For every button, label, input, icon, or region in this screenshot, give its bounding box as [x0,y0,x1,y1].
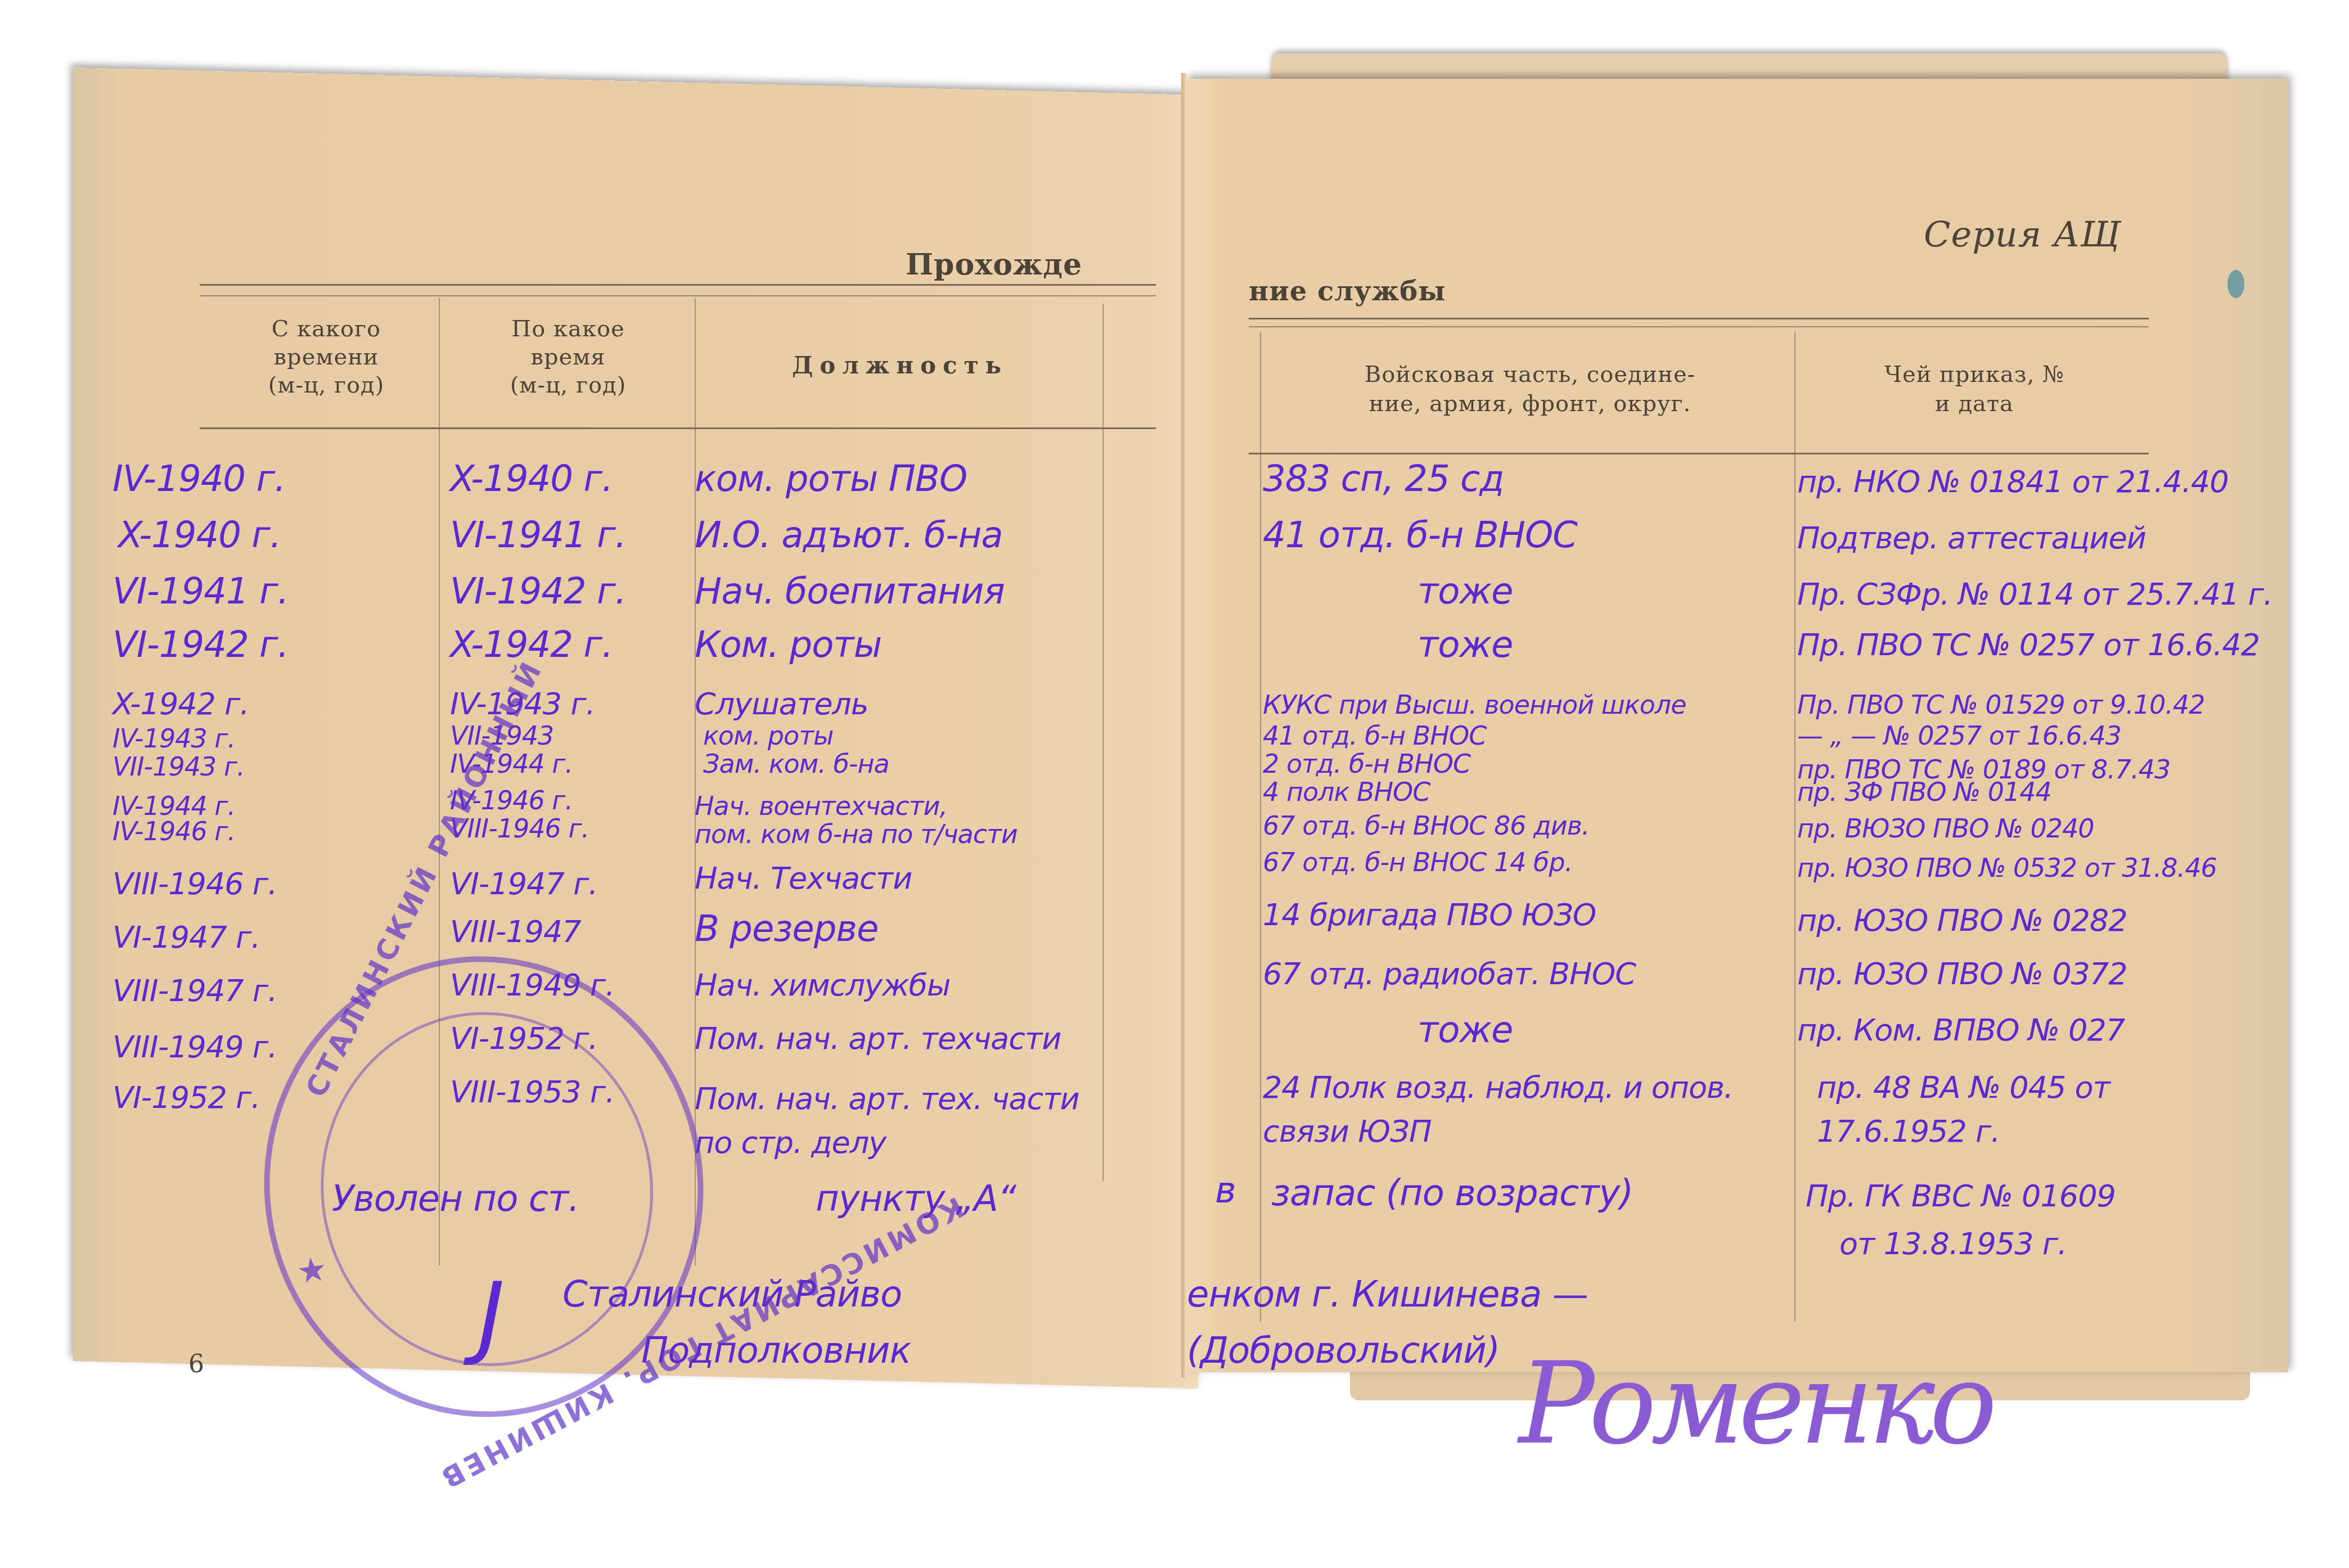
row-order: пр. 48 ВА № 045 от 17.6.1952 г. [1817,1066,2132,1154]
row-to: VI-1942 г. [450,574,626,610]
row-unit: КУКС при Высш. военной школе [1263,692,1686,718]
column-header-to: По какое время (м-ц, год) [461,315,675,399]
row-unit: 67 отд. б-н ВНОС 14 бр. [1263,849,1572,875]
column-divider [1794,332,1795,1322]
row-from: VI-1941 г. [112,574,289,610]
column-header-order: Чей приказ, № и дата [1806,360,2143,418]
row-unit: 2 отд. б-н ВНОС [1263,751,1470,777]
row-position: Зам. ком. б-на [703,751,889,777]
row-order: пр. НКО № 01841 от 21.4.40 [1797,467,2229,497]
row-order: пр. ЮЗО ПВО № 0532 от 31.8.46 [1797,855,2217,881]
column-header-position: Должность [709,352,1091,379]
row-from: VIII-1946 г. [112,869,277,899]
table-header-bottom-rule-right [1249,453,2149,454]
row-position: Нач. Техчасти [695,863,912,894]
row-position: Слушатель [695,689,868,719]
row-order: пр. ЮЗО ПВО № 0372 [1797,959,2127,989]
column-header-from: С какого времени (м-ц, год) [225,315,427,399]
row-to: VI-1941 г. [450,517,626,553]
row-to: X-1942 г. [450,627,613,663]
star-icon: ★ [294,1249,330,1292]
discharge-text-4: запас (по возрасту) [1271,1175,1633,1211]
row-from: VIII-1949 г. [112,1032,277,1062]
signature: Роменко [1519,1339,1992,1470]
row-from: IV-1940 г. [112,461,285,497]
column-header-unit: Войсковая часть, соедине- ние, армия, фр… [1271,360,1789,418]
row-position: Нач. воентехчасти, [695,793,947,819]
row-position: Пом. нач. арт. тех. части по стр. делу [695,1077,1100,1165]
row-to: VI-1947 г. [450,869,597,899]
row-from: IV-1943 г. [112,726,235,751]
table-top-rule-right-2 [1249,326,2149,327]
row-position: пом. ком б-на по т/части [695,821,1018,847]
row-to: VIII-1947 [450,917,581,947]
discharge-text-3: в [1215,1173,1236,1209]
row-unit: 4 полк ВНОС [1263,779,1430,805]
row-from: VI-1952 г. [112,1083,260,1113]
row-position: Ком. роты [695,627,881,663]
booklet-spine [1181,73,1187,1378]
ink-speck [2227,270,2244,298]
row-from: IV-1944 г. [112,793,235,819]
row-position: Пом. нач. арт. техчасти [695,1024,1061,1054]
signer-title-2: енком г. Кишинева — [1187,1277,1588,1313]
row-to: X-1940 г. [450,461,613,497]
row-unit: тоже [1417,1012,1513,1048]
row-unit: 24 Полк возд. наблюд. и опов. связи ЮЗП [1263,1066,1792,1154]
row-unit: 67 отд. радиобат. ВНОС [1263,959,1636,989]
row-from: VI-1942 г. [112,627,289,663]
row-order: пр. ВЮЗО ПВО № 0240 [1797,815,2094,841]
row-order: Пр. ПВО ТС № 0257 от 16.6.42 [1797,630,2260,660]
discharge-order-1: Пр. ГК ВВС № 01609 [1806,1181,2116,1211]
section-title-right: ние службы [1249,276,1446,307]
row-from: X-1942 г. [112,689,249,719]
row-position: Нач. боепитания [695,574,1005,610]
row-unit: 67 отд. б-н ВНОС 86 див. [1263,813,1590,839]
row-order: пр. ЗФ ПВО № 0144 [1797,779,2051,805]
row-order: Пр. ПВО ТС № 01529 от 9.10.42 [1797,692,2204,718]
row-order: пр. ЮЗО ПВО № 0282 [1797,905,2127,936]
row-order: пр. Ком. ВПВО № 027 [1797,1015,2125,1046]
row-unit: 41 отд. б-н ВНОС [1263,517,1577,553]
row-unit: тоже [1417,574,1513,610]
row-position: ком. роты ПВО [695,461,967,497]
table-top-rule-2 [200,295,1156,296]
series-label: Серия АЩ [1924,214,2121,255]
row-position: ком. роты [703,723,833,749]
row-unit: тоже [1417,627,1513,663]
column-divider [1102,304,1104,1181]
row-unit: 41 отд. б-н ВНОС [1263,723,1486,749]
row-order: Пр. СЗФр. № 0114 от 25.7.41 г. [1797,579,2272,610]
discharge-order-2: от 13.8.1953 г. [1839,1229,2067,1259]
row-from: IV-1946 г. [112,818,235,844]
row-from: X-1940 г. [118,517,281,553]
column-divider [1260,332,1261,1322]
row-position: В резерве [695,911,878,947]
row-from: VII-1943 г. [112,754,245,780]
row-unit: 14 бригада ПВО ЮЗО [1263,900,1596,930]
row-order: Подтвер. аттестацией [1797,523,2146,553]
table-top-rule-right [1249,318,2149,319]
table-top-rule [200,284,1156,286]
signer-name: (Добровольский) [1187,1333,1500,1369]
table-header-bottom-rule [200,427,1156,429]
row-unit: 383 сп, 25 сд [1263,461,1504,497]
row-position: Нач. химслужбы [695,970,950,1001]
page-number: 6 [188,1350,205,1378]
section-title-left: Прохожде [906,247,1082,282]
row-order: — „ — № 0257 от 16.6.43 [1797,723,2121,749]
row-from: VI-1947 г. [112,922,260,953]
row-position: И.О. адъют. б-на [695,517,1002,553]
row-from: VIII-1947 г. [112,976,277,1006]
